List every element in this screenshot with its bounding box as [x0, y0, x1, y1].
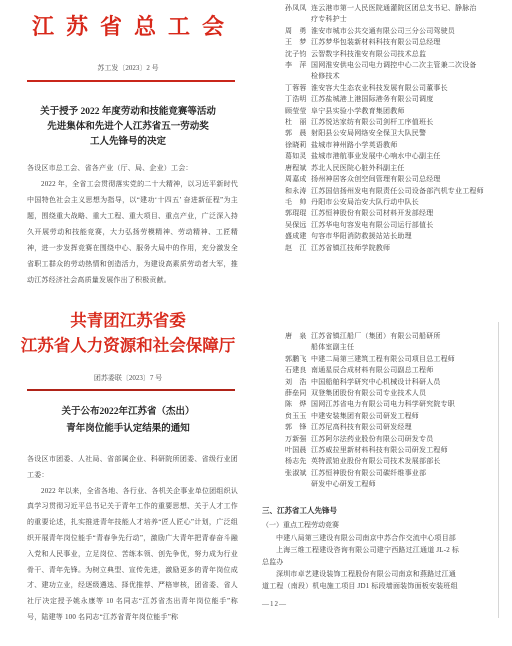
- scanned-document: 江苏省总工会 苏工发〔2023〕2 号 关于授予 2022 年度劳动和技能竞赛等…: [0, 0, 512, 646]
- honoree-row: 张淑斌 江苏恒神股份有限公司碳纤维事业部 研发中心研发工程师: [256, 468, 512, 491]
- honoree-list-1: 孙凤凤 连云港市第一人民医院通灌院区团总支书记、静脉治 疗专科护士 周 勇 淮安…: [256, 3, 512, 254]
- doc2-title: 关于公布2022年江苏省（杰出） 青年岗位能手认定结果的通知: [0, 404, 256, 437]
- honoree-name: 万新强: [285, 434, 308, 445]
- honoree-description: 射阳县公安局网络安全保卫大队民警: [311, 128, 503, 139]
- honoree-description: 江苏恒神股份有限公司碳纤维事业部 研发中心研发工程师: [311, 468, 503, 491]
- honoree-description: 阜宁县实验小学教育集团教师: [311, 106, 503, 117]
- honoree-name: 葛如灵: [285, 151, 308, 162]
- honoree-description: 盐城市港航事业发展中心响水中心副主任: [311, 151, 503, 162]
- honoree-name: 赵 江: [285, 243, 308, 254]
- honoree-row: 丁蓉蓉 淮安容大生态农业科技发展有限公司董事长: [256, 83, 512, 94]
- honoree-row: 郭琨琨 江苏恒神股份有限公司材料开发部经理: [256, 208, 512, 219]
- honoree-row: 杜 丽 江苏悦达家纺有限公司剑杆工序值班长: [256, 117, 512, 128]
- doc1-body-paragraph: 2022 年，全省工会贯彻落实党的二十大精神，以习近平新时代中国特色社会主义思想…: [27, 176, 238, 288]
- honoree-row: 唐程斌 苏北人民医院心脏外科副主任: [256, 163, 512, 174]
- honoree-name: 盛成建: [285, 231, 308, 242]
- honoree-description: 苏北人民医院心脏外科副主任: [311, 163, 503, 174]
- honoree-name: 和永涛: [285, 186, 308, 197]
- doc2-body-paragraph: 2022 年以来，全省各地、各行业、各机关企事业单位团组织认真学习贯彻习近平总书…: [27, 484, 238, 626]
- honoree-description: 江苏梦华包装新材料科技有限公司总经理: [311, 37, 503, 48]
- honoree-name: 孙凤凤: [285, 3, 308, 26]
- subsection-heading: （一）重点工程劳动竞赛: [262, 520, 506, 530]
- honoree-description: 淮安容大生态农业科技发展有限公司董事长: [311, 83, 503, 94]
- doc1-title-line: 关于授予 2022 年度劳动和技能竞赛等活动: [0, 105, 256, 120]
- doc1-document-number: 苏工发〔2023〕2 号: [0, 63, 256, 73]
- page-right: 孙凤凤 连云港市第一人民医院通灌院区团总支书记、静脉治 疗专科护士 周 勇 淮安…: [256, 0, 512, 646]
- honoree-row: 赵 江 江苏省镇江技师学院教师: [256, 243, 512, 254]
- awardee-unit-list: 中建八局第三建设有限公司南京中苏合作交流中心项目部 上海三维工程建设咨询有限公司…: [262, 532, 504, 592]
- doc2-title-line: 关于公布2022年江苏省（杰出）: [0, 404, 256, 421]
- honoree-name: 徐晓莉: [285, 140, 308, 151]
- honoree-name: 丁浩明: [285, 94, 308, 105]
- honoree-description: 江苏省镇江技师学院教师: [311, 243, 503, 254]
- honoree-name: 周 勇: [285, 26, 308, 37]
- honoree-description: 双登集团股份有限公司专业技术人员: [311, 388, 503, 399]
- doc2-letterhead: 共青团江苏省委 江苏省人力资源和社会保障厅: [0, 308, 256, 358]
- honoree-row: 王 梦 江苏梦华包装新材料科技有限公司总经理: [256, 37, 512, 48]
- doc1-letterhead: 江苏省总工会: [0, 12, 256, 42]
- honoree-name: 杨志先: [285, 456, 308, 467]
- doc2-letterhead-line: 江苏省人力资源和社会保障厅: [0, 333, 256, 358]
- honoree-name: 陈 烨: [285, 399, 308, 410]
- doc1-red-rule: [27, 80, 235, 82]
- honoree-name: 丁蓉蓉: [285, 83, 308, 94]
- honoree-name: 石建良: [285, 365, 308, 376]
- honoree-name: 张淑斌: [285, 468, 308, 491]
- honoree-name: 贠玉玉: [285, 411, 308, 422]
- honoree-name: 郭鹏飞: [285, 354, 308, 365]
- honoree-name: 郭 晨: [285, 128, 308, 139]
- honoree-row: 周 勇 淮安市城市公共交通有限公司三分公司驾驶员: [256, 26, 512, 37]
- honoree-description: 江苏国信扬州发电有限责任公司设备部汽机专业工程师: [311, 186, 503, 197]
- section-heading: 三、江苏省工人先锋号: [262, 505, 506, 516]
- honoree-row: 徐晓莉 盐城市神州路小学英语教师: [256, 140, 512, 151]
- honoree-name: 唐程斌: [285, 163, 308, 174]
- honoree-description: 云智数字科技淮安有限公司技术总监: [311, 49, 503, 60]
- honoree-row: 周嘉成 扬州神居客众创空间管理有限公司总经理: [256, 174, 512, 185]
- honoree-row: 孙凤凤 连云港市第一人民医院通灌院区团总支书记、静脉治 疗专科护士: [256, 3, 512, 26]
- doc2-salutation: 各设区市团委、人社局、省部属企业、科研院所团委、省级行业团工委：: [27, 452, 238, 484]
- honoree-row: 万新强 江苏阿尔法药业股份有限公司研发专员: [256, 434, 512, 445]
- honoree-row: 李 萍 国网淮安供电公司电力调控中心二次主管兼二次设备 检修技术: [256, 60, 512, 83]
- honoree-description: 江苏恒神股份有限公司材料开发部经理: [311, 208, 503, 219]
- honoree-description: 中建安装集团有限公司研发工程师: [311, 411, 503, 422]
- honoree-name: 周嘉成: [285, 174, 308, 185]
- honoree-row: 薛垒同 双登集团股份有限公司专业技术人员: [256, 388, 512, 399]
- doc2-title-line: 青年岗位能手认定结果的通知: [0, 421, 256, 438]
- honoree-description: 中国船舶科学研究中心机械设计科研人员: [311, 377, 503, 388]
- honoree-row: 陈 烨 国网江苏省电力有限公司电力科学研究院专职: [256, 399, 512, 410]
- doc1-title: 关于授予 2022 年度劳动和技能竞赛等活动 先进集体和先进个人江苏省五一劳动奖…: [0, 105, 256, 151]
- honoree-description: 江苏省镇江船厂（集团）有限公司船研所 船体室副主任: [311, 331, 503, 354]
- honoree-row: 毛 帅 丹阳市公安局治安大队行动中队长: [256, 197, 512, 208]
- doc2-body-block: 各设区市团委、人社局、省部属企业、科研院所团委、省级行业团工委： 2022 年以…: [27, 452, 238, 626]
- honoree-name: 吴保远: [285, 220, 308, 231]
- awardee-unit: 上海三维工程建设咨询有限公司建宁西路过江通道 JL-2 标 总监办: [262, 544, 504, 568]
- honoree-description: 淮安市城市公共交通有限公司三分公司驾驶员: [311, 26, 503, 37]
- page-number: —12—: [262, 600, 287, 608]
- honoree-description: 江苏尼高科技有限公司研发经理: [311, 422, 503, 433]
- page-left: 江苏省总工会 苏工发〔2023〕2 号 关于授予 2022 年度劳动和技能竞赛等…: [0, 0, 256, 646]
- honoree-name: 叶国晨: [285, 445, 308, 456]
- honoree-description: 句容市华阳消防救援站站长助理: [311, 231, 503, 242]
- honoree-row: 和永涛 江苏国信扬州发电有限责任公司设备部汽机专业工程师: [256, 186, 512, 197]
- honoree-row: 贠玉玉 中建安装集团有限公司研发工程师: [256, 411, 512, 422]
- awardee-unit: 深圳市卓艺建设装饰工程股份有限公司南京和燕路过江通 道工程（南段）机电施工项目 …: [262, 568, 504, 592]
- honoree-description: 江苏阿尔法药业股份有限公司研发专员: [311, 434, 503, 445]
- honoree-row: 吴保远 江苏华电句容发电有限公司运行部值长: [256, 220, 512, 231]
- page-edge-line: [498, 322, 499, 618]
- honoree-row: 沈子钧 云智数字科技淮安有限公司技术总监: [256, 49, 512, 60]
- honoree-row: 葛如灵 盐城市港航事业发展中心响水中心副主任: [256, 151, 512, 162]
- honoree-list-2: 唐 泉 江苏省镇江船厂（集团）有限公司船研所 船体室副主任 郭鹏飞 中建二局第三…: [256, 331, 512, 491]
- honoree-description: 扬州神居客众创空间管理有限公司总经理: [311, 174, 503, 185]
- honoree-description: 国网淮安供电公司电力调控中心二次主管兼二次设备 检修技术: [311, 60, 503, 83]
- honoree-description: 盐城市神州路小学英语教师: [311, 140, 503, 151]
- honoree-description: 江苏盐城港上港国际港务有限公司调度: [311, 94, 503, 105]
- honoree-name: 刘 浩: [285, 377, 308, 388]
- honoree-name: 王 梦: [285, 37, 308, 48]
- doc2-red-rule: [27, 389, 235, 391]
- honoree-description: 南通星辰合成材料有限公司副总工程师: [311, 365, 503, 376]
- honoree-row: 郭鹏飞 中建二局第三建筑工程有限公司项目总工程师: [256, 354, 512, 365]
- doc1-title-line: 先进集体和先进个人江苏省五一劳动奖: [0, 120, 256, 135]
- honoree-description: 江苏威拉里新材料科技有限公司研发工程师: [311, 445, 503, 456]
- honoree-row: 杨志先 英特派铂业股份有限公司技术发展部部长: [256, 456, 512, 467]
- honoree-row: 顾莹莹 阜宁县实验小学教育集团教师: [256, 106, 512, 117]
- doc2-document-number: 团苏委联〔2023〕7 号: [0, 373, 256, 383]
- doc1-salutation: 各设区市总工会、省各产业（厅、局、企业）工会：: [27, 160, 238, 176]
- honoree-name: 顾莹莹: [285, 106, 308, 117]
- honoree-row: 郭 晨 射阳县公安局网络安全保卫大队民警: [256, 128, 512, 139]
- honoree-row: 刘 浩 中国船舶科学研究中心机械设计科研人员: [256, 377, 512, 388]
- honoree-description: 国网江苏省电力有限公司电力科学研究院专职: [311, 399, 503, 410]
- honoree-description: 江苏华电句容发电有限公司运行部值长: [311, 220, 503, 231]
- honoree-row: 盛成建 句容市华阳消防救援站站长助理: [256, 231, 512, 242]
- doc1-title-line: 工人先锋号的决定: [0, 135, 256, 150]
- honoree-name: 李 萍: [285, 60, 308, 83]
- honoree-row: 石建良 南通星辰合成材料有限公司副总工程师: [256, 365, 512, 376]
- doc2-letterhead-line: 共青团江苏省委: [0, 308, 256, 333]
- honoree-description: 中建二局第三建筑工程有限公司项目总工程师: [311, 354, 503, 365]
- honoree-row: 郭 锋 江苏尼高科技有限公司研发经理: [256, 422, 512, 433]
- doc1-body-block: 各设区市总工会、省各产业（厅、局、企业）工会： 2022 年，全省工会贯彻落实党…: [27, 160, 238, 288]
- honoree-row: 叶国晨 江苏威拉里新材料科技有限公司研发工程师: [256, 445, 512, 456]
- honoree-row: 唐 泉 江苏省镇江船厂（集团）有限公司船研所 船体室副主任: [256, 331, 512, 354]
- honoree-name: 郭琨琨: [285, 208, 308, 219]
- awardee-unit: 中建八局第三建设有限公司南京中苏合作交流中心项目部: [262, 532, 504, 544]
- honoree-name: 薛垒同: [285, 388, 308, 399]
- honoree-name: 沈子钧: [285, 49, 308, 60]
- honoree-name: 杜 丽: [285, 117, 308, 128]
- honoree-description: 丹阳市公安局治安大队行动中队长: [311, 197, 503, 208]
- honoree-description: 连云港市第一人民医院通灌院区团总支书记、静脉治 疗专科护士: [311, 3, 503, 26]
- honoree-description: 英特派铂业股份有限公司技术发展部部长: [311, 456, 503, 467]
- honoree-row: 丁浩明 江苏盐城港上港国际港务有限公司调度: [256, 94, 512, 105]
- honoree-name: 唐 泉: [285, 331, 308, 354]
- honoree-description: 江苏悦达家纺有限公司剑杆工序值班长: [311, 117, 503, 128]
- honoree-name: 郭 锋: [285, 422, 308, 433]
- honoree-name: 毛 帅: [285, 197, 308, 208]
